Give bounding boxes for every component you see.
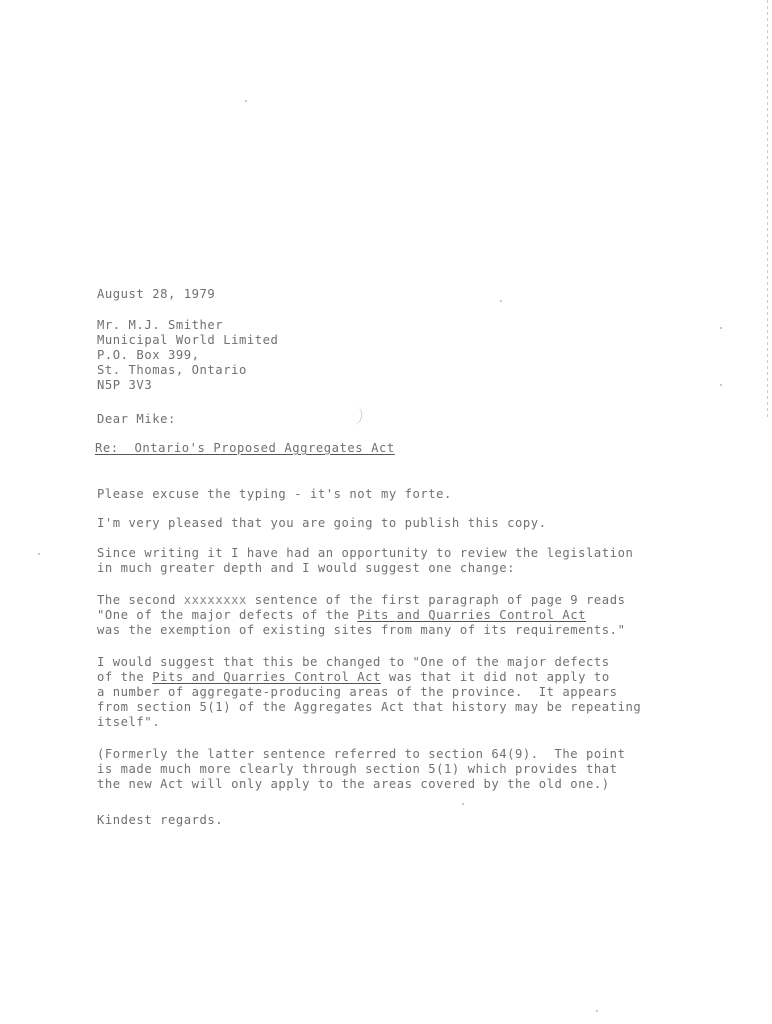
subject-line: Re: Ontario's Proposed Aggregates Act <box>95 441 395 455</box>
closing: Kindest regards. <box>97 813 223 827</box>
recipient-company: Municipal World Limited <box>97 333 278 347</box>
p5-text: of the <box>97 670 152 684</box>
paragraph-4-line-2: "One of the major defects of the Pits an… <box>97 608 586 622</box>
p4-text: The second <box>97 593 184 607</box>
p4-text: sentence of the first paragraph of page … <box>247 593 626 607</box>
recipient-city: St. Thomas, Ontario <box>97 363 247 377</box>
speck <box>245 100 247 102</box>
recipient-postal-code: N5P 3V3 <box>97 378 152 392</box>
paragraph-3-line-2: in much greater depth and I would sugges… <box>97 561 515 575</box>
recipient-name: Mr. M.J. Smither <box>97 318 223 332</box>
speck <box>720 327 722 329</box>
speck <box>462 803 464 805</box>
p4-text: "One of the major defects of the <box>97 608 357 622</box>
recipient-po-box: P.O. Box 399, <box>97 348 200 362</box>
paragraph-6-line-2: is made much more clearly through sectio… <box>97 762 618 776</box>
p5-text: was that it did not apply to <box>381 670 610 684</box>
speck <box>596 1010 598 1012</box>
paragraph-4-line-3: was the exemption of existing sites from… <box>97 623 625 637</box>
paragraph-6-line-1: (Formerly the latter sentence referred t… <box>97 747 625 761</box>
paragraph-5-line-1: I would suggest that this be changed to … <box>97 655 610 669</box>
speck <box>720 384 722 386</box>
paragraph-1: Please excuse the typing - it's not my f… <box>97 487 452 501</box>
speck <box>38 553 40 555</box>
paragraph-5-line-3: a number of aggregate-producing areas of… <box>97 685 618 699</box>
subject-prefix: Re: <box>95 441 119 455</box>
paragraph-5-line-4: from section 5(1) of the Aggregates Act … <box>97 700 641 714</box>
page-edge-dots <box>767 0 768 420</box>
struck-word: xxxxxxxx <box>184 593 247 607</box>
paragraph-4-line-1: The second xxxxxxxx sentence of the firs… <box>97 593 625 607</box>
act-name-underlined: Pits and Quarries Control Act <box>152 670 381 684</box>
paragraph-5-line-5: itself". <box>97 715 160 729</box>
speck <box>500 300 502 302</box>
subject-title: Ontario's Proposed Aggregates Act <box>134 441 394 455</box>
salutation: Dear Mike: <box>97 412 176 426</box>
paragraph-5-line-2: of the Pits and Quarries Control Act was… <box>97 670 610 684</box>
act-name-underlined: Pits and Quarries Control Act <box>357 608 586 622</box>
paragraph-6-line-3: the new Act will only apply to the areas… <box>97 777 610 791</box>
pencil-mark <box>351 406 364 425</box>
paragraph-3-line-1: Since writing it I have had an opportuni… <box>97 546 633 560</box>
letter-page: August 28, 1979 Mr. M.J. Smither Municip… <box>0 0 772 1024</box>
paragraph-2: I'm very pleased that you are going to p… <box>97 516 547 530</box>
letter-date: August 28, 1979 <box>97 287 215 301</box>
